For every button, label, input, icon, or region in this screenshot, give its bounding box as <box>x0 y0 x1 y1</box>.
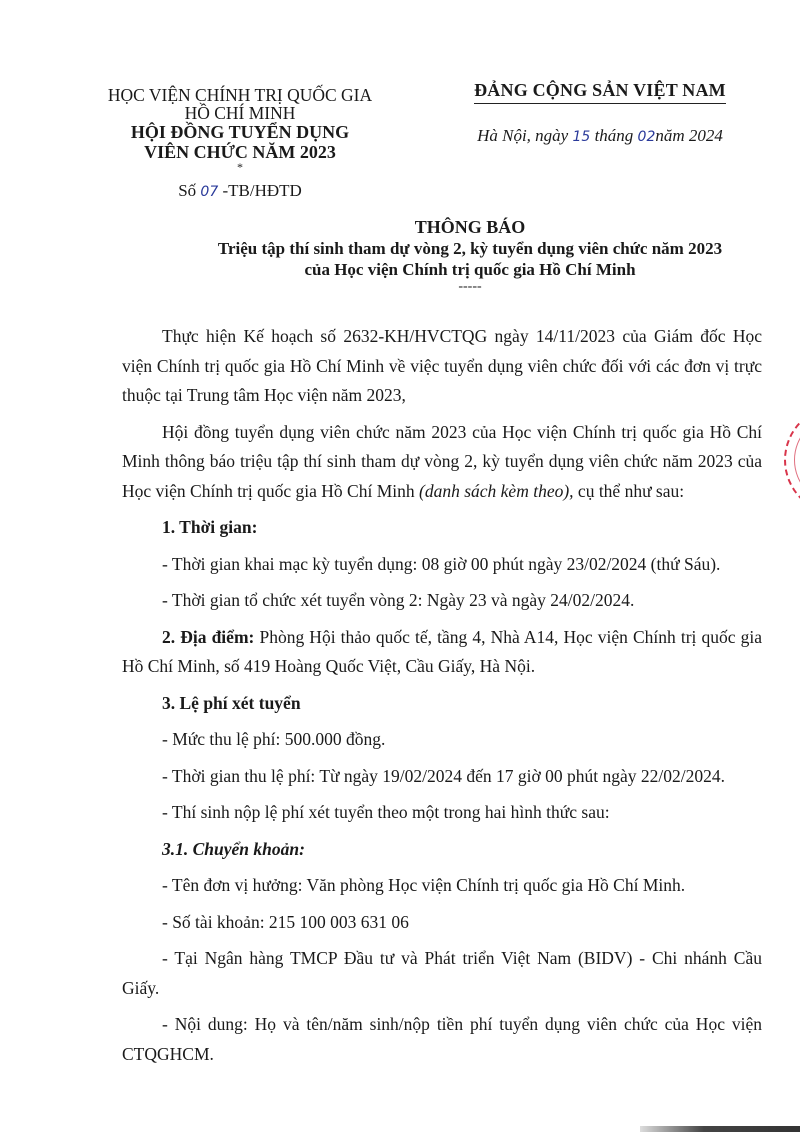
document-title-block: THÔNG BÁO Triệu tập thí sinh tham dự vòn… <box>180 216 760 294</box>
section-3-item-3: - Thí sinh nộp lệ phí xét tuyển theo một… <box>122 798 762 828</box>
party-name: ĐẢNG CỘNG SẢN VIỆT NAM <box>474 80 726 104</box>
section-3-heading: 3. Lệ phí xét tuyển <box>122 689 762 719</box>
scan-edge-shadow <box>640 1126 800 1132</box>
org-name-line1: HỌC VIỆN CHÍNH TRỊ QUỐC GIA <box>80 86 400 104</box>
title-separator: ----- <box>180 280 760 294</box>
document-body: Thực hiện Kế hoạch số 2632-KH/HVCTQG ngà… <box>122 310 762 1069</box>
date-year: năm 2024 <box>655 126 723 145</box>
section-3-item-2: - Thời gian thu lệ phí: Từ ngày 19/02/20… <box>122 762 762 792</box>
date-month-label: tháng <box>595 126 634 145</box>
announcement-end: cụ thể như sau: <box>578 481 684 501</box>
number-suffix: -TB/HĐTD <box>222 181 301 200</box>
section-3-item-1: - Mức thu lệ phí: 500.000 đồng. <box>122 725 762 755</box>
announcement-paragraph: Hội đồng tuyển dụng viên chức năm 2023 c… <box>122 418 762 507</box>
section-2: 2. Địa điểm: Phòng Hội thảo quốc tế, tần… <box>122 623 762 682</box>
section-3-1-heading: 3.1. Chuyển khoản: <box>122 835 762 865</box>
issuer-header: HỌC VIỆN CHÍNH TRỊ QUỐC GIA HỒ CHÍ MINH … <box>80 86 400 201</box>
section-1-item-2: - Thời gian tổ chức xét tuyển vòng 2: Ng… <box>122 586 762 616</box>
document-subtitle-line2: của Học viện Chính trị quốc gia Hồ Chí M… <box>180 259 760 280</box>
section-2-heading: 2. Địa điểm: <box>162 627 254 647</box>
star-separator: * <box>80 162 400 172</box>
handwritten-number: 07 <box>200 184 218 200</box>
section-1-item-1: - Thời gian khai mạc kỳ tuyển dụng: 08 g… <box>122 550 762 580</box>
date-prefix: Hà Nội, ngày <box>477 126 568 145</box>
handwritten-day: 15 <box>572 129 590 145</box>
party-header: ĐẢNG CỘNG SẢN VIỆT NAM Hà Nội, ngày 15 t… <box>440 80 760 146</box>
attachment-note: (danh sách kèm theo), <box>419 481 574 501</box>
section-3-1-item-3: - Tại Ngân hàng TMCP Đầu tư và Phát triể… <box>122 944 762 1003</box>
section-3-1-item-1: - Tên đơn vị hưởng: Văn phòng Học viện C… <box>122 871 762 901</box>
document-page: HỌC VIỆN CHÍNH TRỊ QUỐC GIA HỒ CHÍ MINH … <box>0 0 800 1132</box>
council-name-line1: HỘI ĐỒNG TUYỂN DỤNG <box>80 122 400 142</box>
section-3-1-item-2: - Số tài khoản: 215 100 003 631 06 <box>122 908 762 938</box>
intro-paragraph: Thực hiện Kế hoạch số 2632-KH/HVCTQG ngà… <box>122 322 762 411</box>
document-title: THÔNG BÁO <box>180 216 760 238</box>
document-subtitle-line1: Triệu tập thí sinh tham dự vòng 2, kỳ tu… <box>180 238 760 259</box>
number-prefix: Số <box>178 181 196 200</box>
handwritten-month: 02 <box>638 129 656 145</box>
council-name-line2: VIÊN CHỨC NĂM 2023 <box>80 142 400 162</box>
section-3-1-item-4: - Nội dung: Họ và tên/năm sinh/nộp tiền … <box>122 1010 762 1069</box>
issue-date: Hà Nội, ngày 15 tháng 02năm 2024 <box>440 126 760 146</box>
document-number: Số 07 -TB/HĐTD <box>80 182 400 201</box>
section-1-heading: 1. Thời gian: <box>122 513 762 543</box>
official-seal-stamp <box>784 405 800 515</box>
org-name-line2: HỒ CHÍ MINH <box>80 104 400 122</box>
